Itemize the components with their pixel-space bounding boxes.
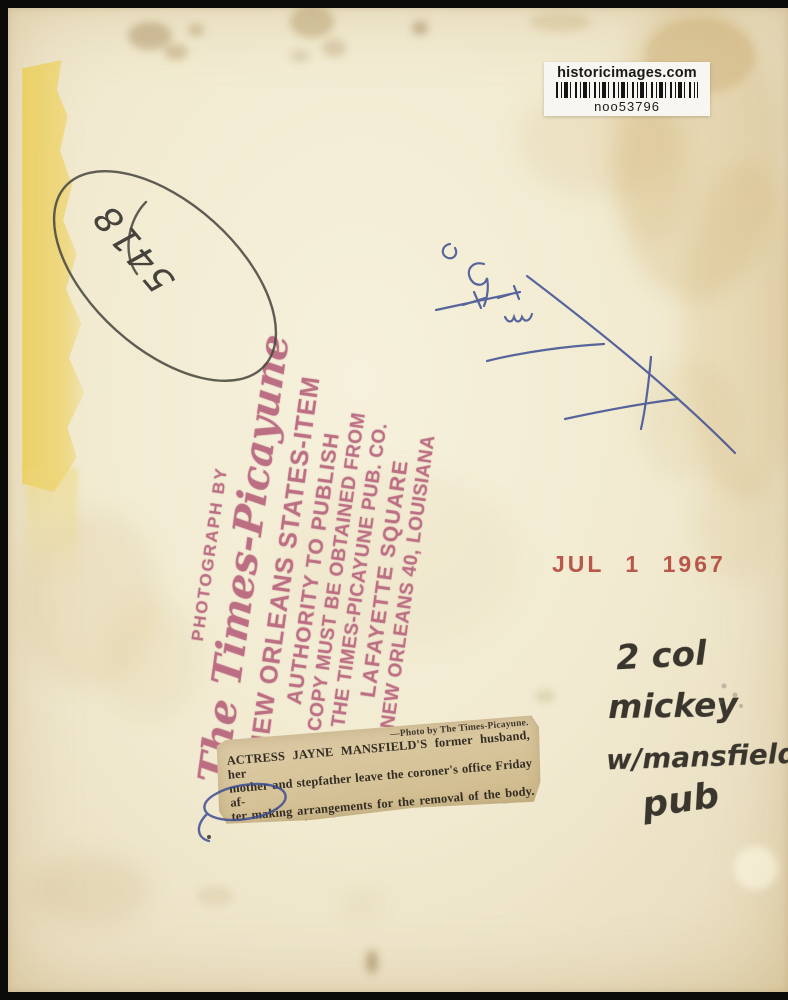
pencil-number-text: 5418: [85, 195, 183, 301]
vendor-site-text: historicimages.com: [557, 65, 697, 81]
clipping-printed-rule: [410, 833, 539, 846]
barcode-icon: [556, 82, 698, 98]
handwritten-note: 2 col: [615, 634, 708, 679]
handwritten-note: mickey: [608, 685, 739, 726]
vendor-code-text: noo53796: [594, 99, 660, 114]
photo-paper: PHOTOGRAPH BY The Times-Picayune NEW ORL…: [8, 8, 788, 992]
yellow-stain: [22, 60, 98, 492]
blue-pen-scribbles: [436, 244, 735, 453]
date-stamp: JUL 1 1967: [552, 551, 726, 578]
handwritten-note: pub: [640, 775, 722, 826]
yellow-stain-fade: [26, 468, 78, 588]
handwritten-note: w/mansfield: [605, 737, 788, 777]
scanned-photo-back: PHOTOGRAPH BY The Times-Picayune NEW ORL…: [0, 0, 788, 1000]
vendor-barcode-label: historicimages.com noo53796: [544, 62, 710, 116]
